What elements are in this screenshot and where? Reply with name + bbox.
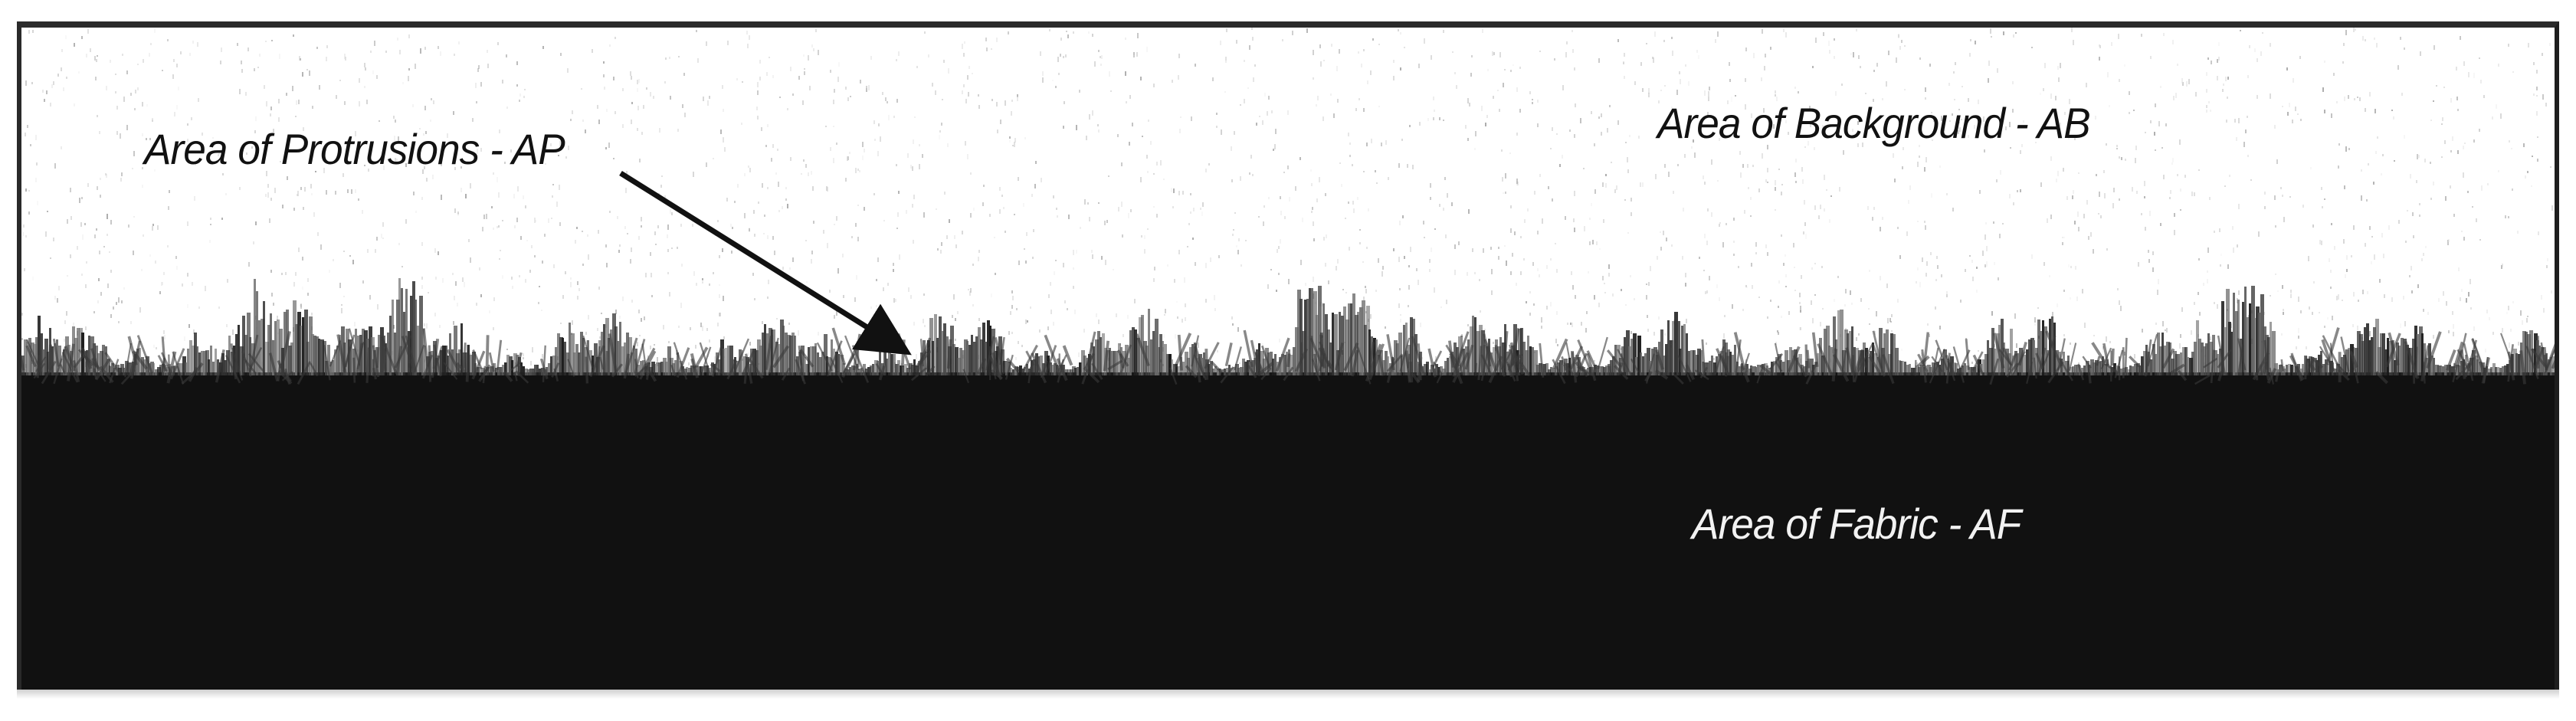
pointer-arrow-icon bbox=[21, 28, 2555, 694]
fabric-figure: Area of Protrusions - AP Area of Backgro… bbox=[17, 21, 2559, 694]
scan-edge bbox=[17, 690, 2559, 699]
